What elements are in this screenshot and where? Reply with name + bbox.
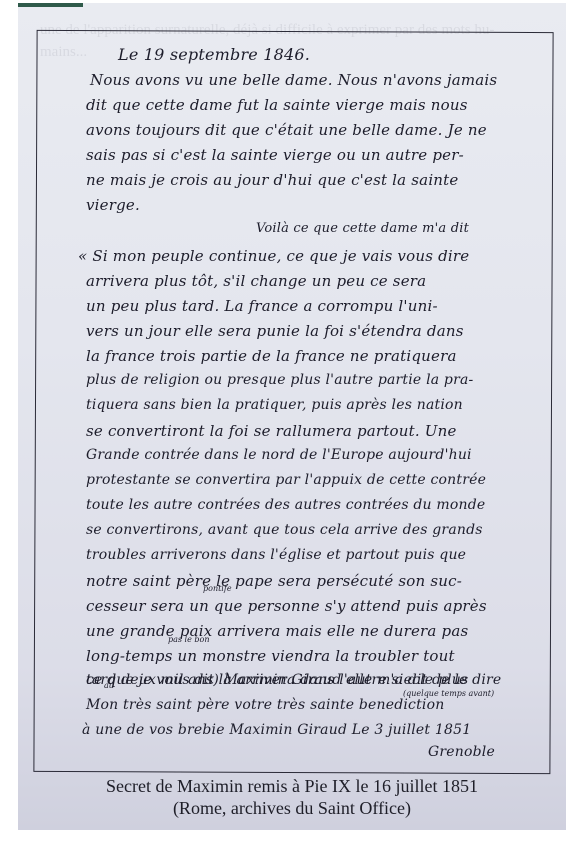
caption-source: (Rome, archives du Saint Office) — [18, 798, 566, 819]
caption-area: Secret de Maximin remis à Pie IX le 16 j… — [18, 3, 566, 830]
caption-title: Secret de Maximin remis à Pie IX le 16 j… — [18, 776, 566, 797]
